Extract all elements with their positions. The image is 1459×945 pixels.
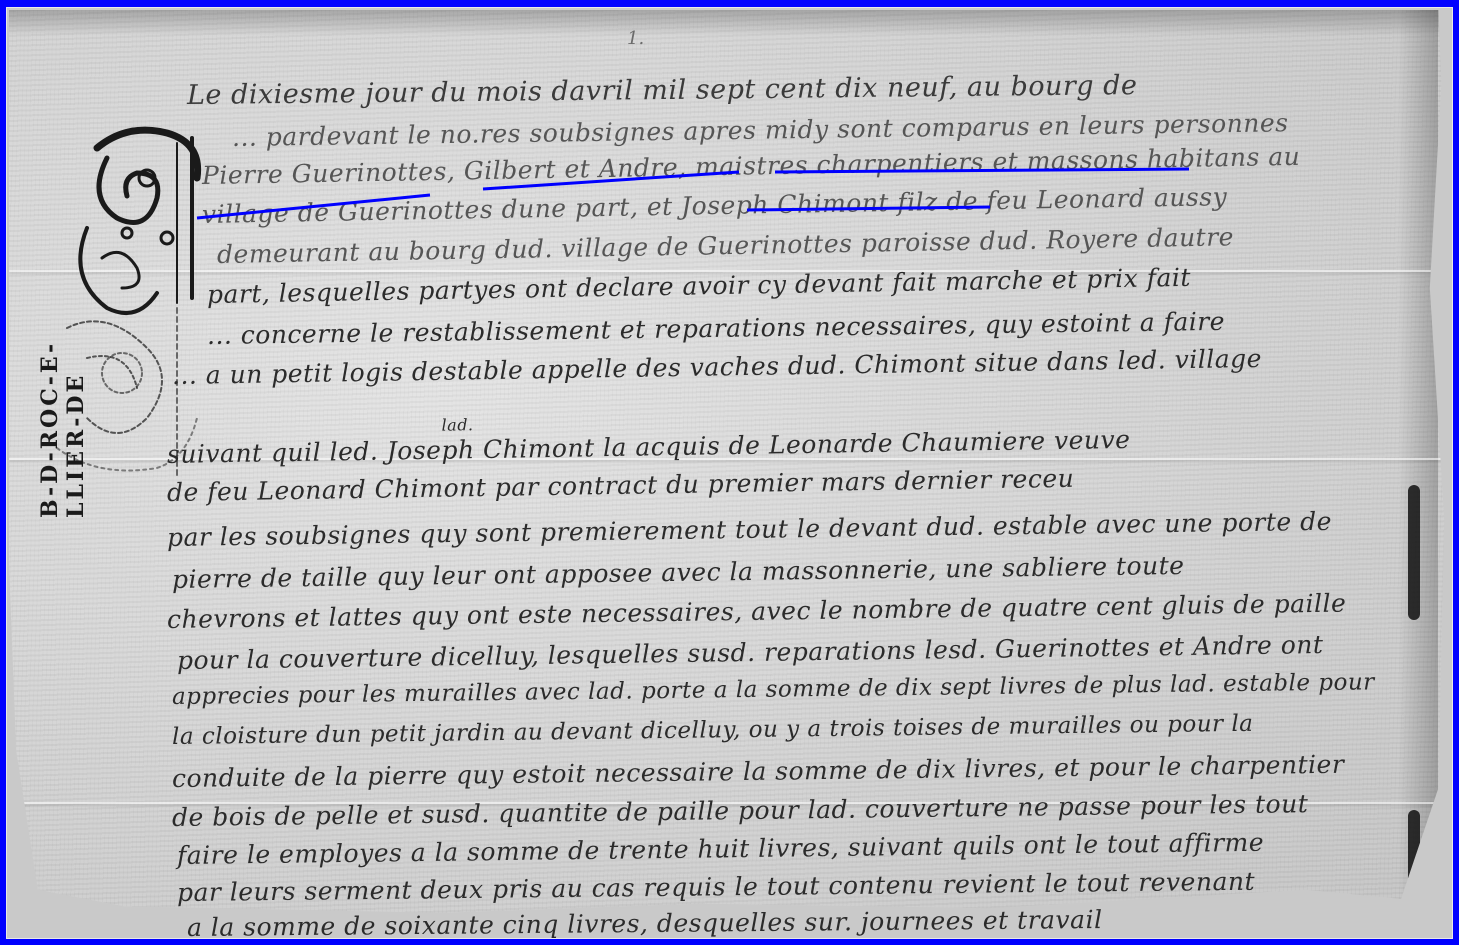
paper-top-shadow (9, 10, 1450, 36)
paper-edge-shadow (1408, 485, 1420, 620)
paper-right-shadow (1398, 10, 1438, 936)
page-mark: 1. (627, 28, 644, 49)
scan-frame: B-D-ROC-E-LLIER-DE 1. Le dixiesme jour d… (6, 7, 1453, 939)
paper-edge-shadow (1408, 810, 1420, 890)
stamp-text: B-D-ROC-E-LLIER-DE (37, 238, 89, 518)
interlinear-note: lad. (441, 415, 473, 435)
